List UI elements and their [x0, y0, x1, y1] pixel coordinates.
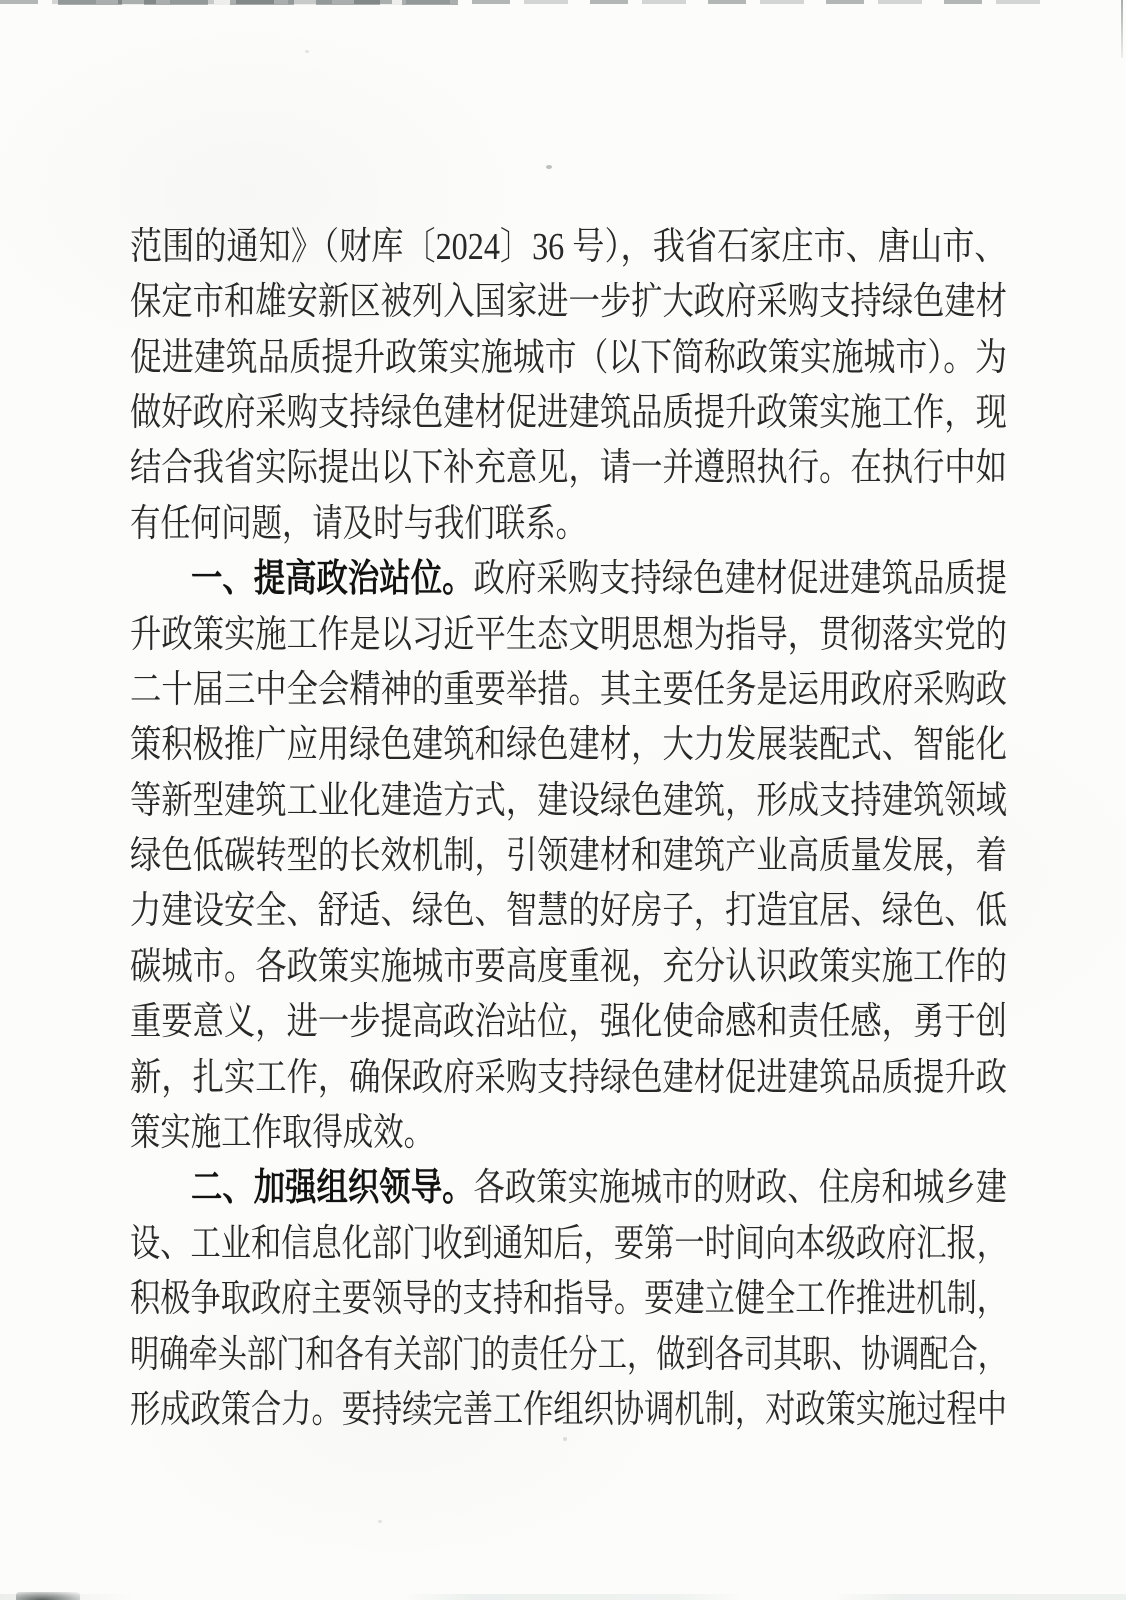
- body-text: 升政策实施工作是以习近平生态文明思想为指导，贯彻落实党的: [130, 614, 1007, 656]
- scanned-document-page: 范围的通知》（财库〔2024〕36 号），我省石家庄市、唐山市、保定市和雄安新区…: [0, 0, 1126, 1600]
- text-line: 形成政策合力。要持续完善工作组织协调机制，对政策实施过程中: [130, 1375, 1007, 1430]
- text-line: 做好政府采购支持绿色建材促进建筑品质提升政策实施工作，现: [130, 378, 1007, 433]
- text-line: 升政策实施工作是以习近平生态文明思想为指导，贯彻落实党的: [130, 600, 1007, 655]
- text-line: 重要意义，进一步提高政治站位，强化使命感和责任感，勇于创: [130, 987, 1007, 1042]
- text-line: 绿色低碳转型的长效机制，引领建材和建筑产业高质量发展，着: [130, 821, 1007, 876]
- body-text: 策积极推广应用绿色建筑和绿色建材，大力发展装配式、智能化: [130, 724, 1007, 766]
- body-text: 新，扎实工作，确保政府采购支持绿色建材促进建筑品质提升政: [130, 1057, 1007, 1099]
- body-text: 设、工业和信息化部门收到通知后，要第一时间向本级政府汇报，: [130, 1223, 1007, 1265]
- body-text: 策实施工作取得成效。: [130, 1112, 434, 1154]
- text-line: 积极争取政府主要领导的支持和指导。要建立健全工作推进机制，: [130, 1264, 1007, 1319]
- text-line: 策实施工作取得成效。: [130, 1098, 1007, 1153]
- text-line: 设、工业和信息化部门收到通知后，要第一时间向本级政府汇报，: [130, 1209, 1007, 1264]
- text-line: 力建设安全、舒适、绿色、智慧的好房子，打造宜居、绿色、低: [130, 877, 1007, 932]
- body-text: 碳城市。各政策实施城市要高度重视，充分认识政策实施工作的: [130, 946, 1007, 988]
- text-line: 保定市和雄安新区被列入国家进一步扩大政府采购支持绿色建材: [130, 267, 1007, 322]
- body-text: 形成政策合力。要持续完善工作组织协调机制，对政策实施过程中: [130, 1389, 1007, 1431]
- heading-line: 二、加强组织领导。各政策实施城市的财政、住房和城乡建: [130, 1154, 1007, 1209]
- scan-artifact-bottom-strip: [0, 1594, 1126, 1600]
- body-text: 二十届三中全会精神的重要举措。其主要任务是运用政府采购政: [130, 669, 1007, 711]
- body-text: 保定市和雄安新区被列入国家进一步扩大政府采购支持绿色建材: [130, 281, 1007, 323]
- body-text: 有任何问题，请及时与我们联系。: [130, 503, 586, 545]
- body-text: 政府采购支持绿色建材促进建筑品质提: [473, 558, 1007, 600]
- text-line: 等新型建筑工业化建造方式，建设绿色建筑，形成支持建筑领域: [130, 766, 1007, 821]
- text-line: 有任何问题，请及时与我们联系。: [130, 489, 1007, 544]
- body-text: 重要意义，进一步提高政治站位，强化使命感和责任感，勇于创: [130, 1001, 1007, 1043]
- text-line: 新，扎实工作，确保政府采购支持绿色建材促进建筑品质提升政: [130, 1043, 1007, 1098]
- text-line: 范围的通知》（财库〔2024〕36 号），我省石家庄市、唐山市、: [130, 212, 1007, 267]
- body-text: 各政策实施城市的财政、住房和城乡建: [473, 1167, 1007, 1209]
- body-text: 范围的通知》（财库〔2024〕36 号），我省石家庄市、唐山市、: [130, 226, 1007, 268]
- body-text: 等新型建筑工业化建造方式，建设绿色建筑，形成支持建筑领域: [130, 780, 1007, 822]
- body-text: 做好政府采购支持绿色建材促进建筑品质提升政策实施工作，现: [130, 392, 1007, 434]
- scan-artifact-bottom-left-smudge: [16, 1592, 80, 1600]
- scan-artifact-top-edge-dark: [58, 0, 458, 5]
- text-line: 策积极推广应用绿色建筑和绿色建材，大力发展装配式、智能化: [130, 711, 1007, 766]
- scan-speck: [546, 165, 552, 169]
- body-text: 积极争取政府主要领导的支持和指导。要建立健全工作推进机制，: [130, 1278, 1007, 1320]
- scan-speck: [305, 50, 309, 53]
- body-text: 明确牵头部门和各有关部门的责任分工，做到各司其职、协调配合，: [130, 1334, 1007, 1376]
- text-line: 促进建筑品质提升政策实施城市（以下简称政策实施城市）。为: [130, 323, 1007, 378]
- body-text: 绿色低碳转型的长效机制，引领建材和建筑产业高质量发展，着: [130, 835, 1007, 877]
- section-heading-text: 一、提高政治站位。: [191, 558, 473, 600]
- body-text: 力建设安全、舒适、绿色、智慧的好房子，打造宜居、绿色、低: [130, 890, 1007, 932]
- heading-line: 一、提高政治站位。政府采购支持绿色建材促进建筑品质提: [130, 544, 1007, 599]
- scan-artifact-right-edge-line: [1121, 0, 1123, 58]
- body-text: 结合我省实际提出以下补充意见，请一并遵照执行。在执行中如: [130, 447, 1007, 489]
- text-line: 碳城市。各政策实施城市要高度重视，充分认识政策实施工作的: [130, 932, 1007, 987]
- scan-artifact-top-edge: [0, 0, 1062, 4]
- document-body: 范围的通知》（财库〔2024〕36 号），我省石家庄市、唐山市、保定市和雄安新区…: [130, 212, 1007, 1431]
- text-line: 二十届三中全会精神的重要举措。其主要任务是运用政府采购政: [130, 655, 1007, 710]
- body-text: 促进建筑品质提升政策实施城市（以下简称政策实施城市）。为: [130, 337, 1007, 379]
- text-line: 明确牵头部门和各有关部门的责任分工，做到各司其职、协调配合，: [130, 1320, 1007, 1375]
- scan-speck: [378, 1520, 382, 1523]
- scan-speck: [563, 1437, 567, 1441]
- text-line: 结合我省实际提出以下补充意见，请一并遵照执行。在执行中如: [130, 434, 1007, 489]
- section-heading-text: 二、加强组织领导。: [191, 1167, 473, 1209]
